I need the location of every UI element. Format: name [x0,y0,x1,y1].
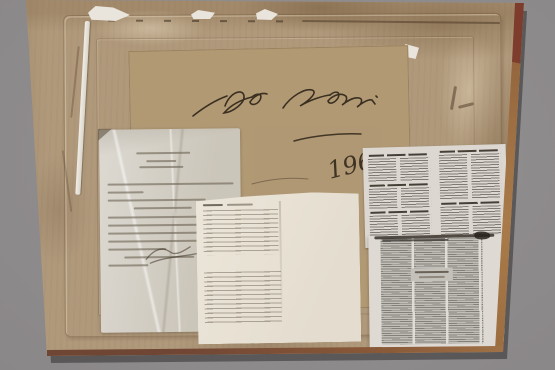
typed-heading-line [227,203,253,205]
photo-of-frame-back: 1966 [0,0,555,370]
clipping-heading [411,268,453,282]
typed-paragraph [204,271,282,324]
typed-line [134,207,192,209]
typed-line [139,166,183,168]
clipping-text-block [369,187,432,209]
typed-line [108,199,206,202]
clipping-column-header [369,153,427,156]
newspaper-clipping-bottom [380,237,483,344]
clipping-column-header [370,210,428,213]
clipping-text-block [439,153,502,200]
pen-scribble [144,241,200,268]
dirt-smudge [474,231,490,239]
typed-line [108,264,148,266]
typed-line [146,160,176,162]
typed-paragraph [203,209,279,255]
clipping-column-header [440,149,498,152]
clipping-text-block [368,157,431,182]
typescript-sheet [196,192,362,345]
frame-back-cardboard: 1966 [0,0,555,370]
letter-fold-mark [98,129,112,141]
clipping-heading-line [419,276,445,278]
typed-line [108,191,144,193]
typed-line [136,152,190,154]
clipping-heading-line [415,271,449,273]
clipping-text-block [440,205,503,238]
clipping-column-header [382,239,448,242]
clipping-backing-sheet [368,234,504,348]
clipping-column-header [370,183,428,186]
typed-heading-line [203,204,223,206]
clipping-column-header [441,201,499,204]
typed-line [108,182,234,185]
